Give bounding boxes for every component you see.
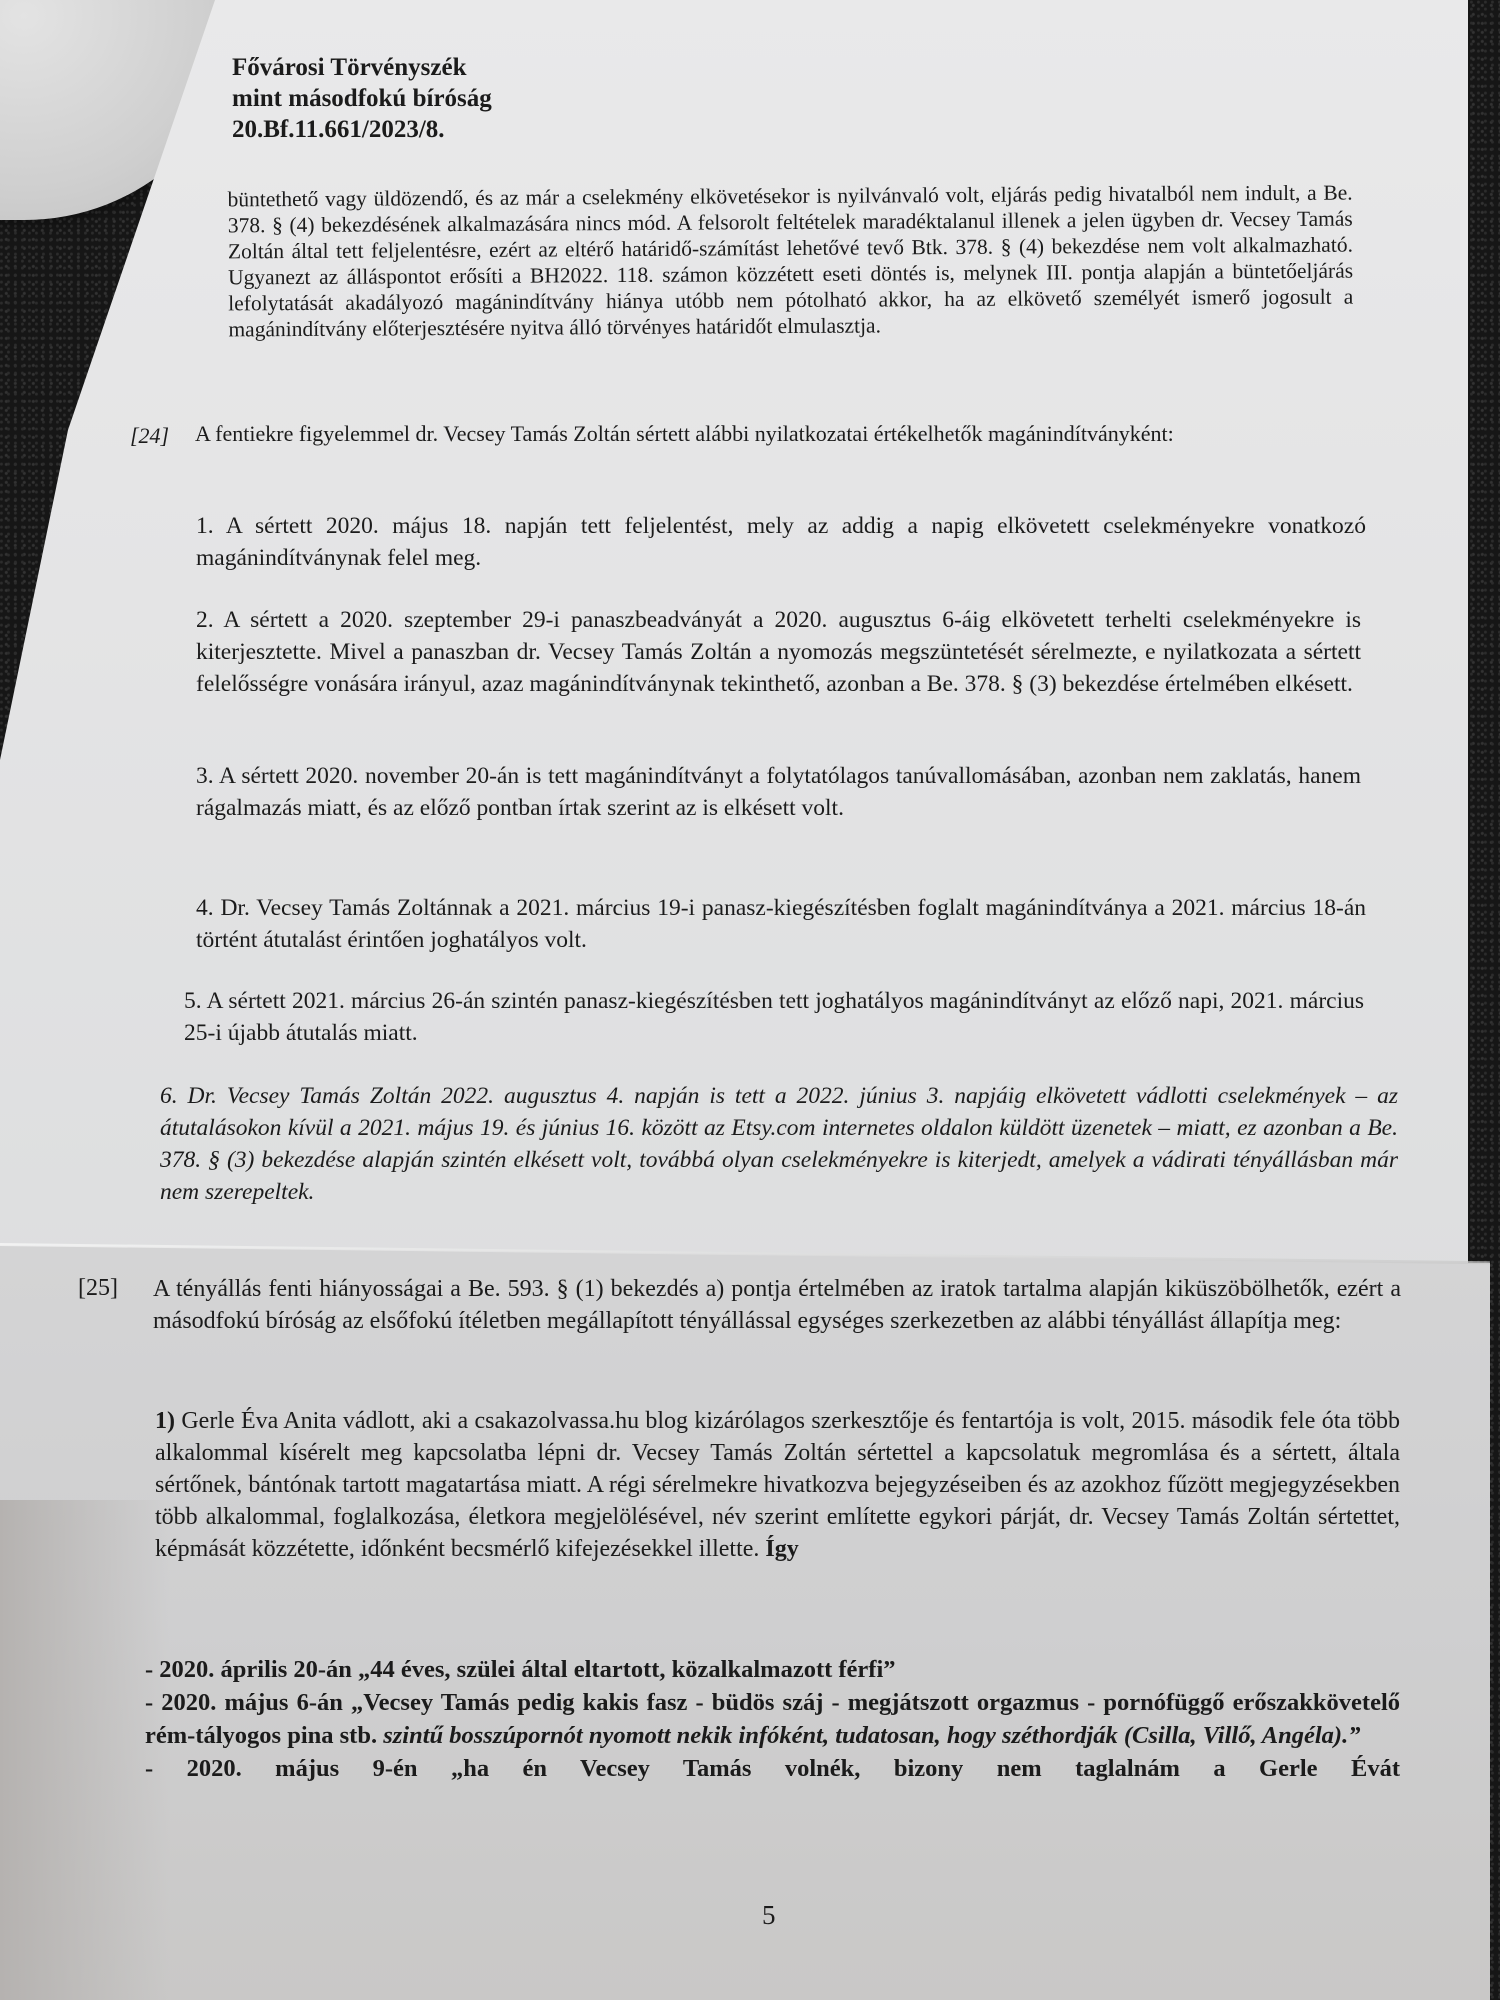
list-item: 4. Dr. Vecsey Tamás Zoltánnak a 2021. má… <box>196 892 1366 956</box>
document-header: Fővárosi Törvényszék mint másodfokú bíró… <box>232 52 492 145</box>
list-item: 6. Dr. Vecsey Tamás Zoltán 2022. auguszt… <box>160 1080 1398 1208</box>
list-item: 2. A sértett a 2020. szeptember 29-i pan… <box>196 604 1361 700</box>
fact-1-paragraph: 1) Gerle Éva Anita vádlott, aki a csakaz… <box>155 1405 1400 1565</box>
fact-1-label: 1) <box>155 1408 175 1434</box>
paragraph-24-text: A fentiekre figyelemmel dr. Vecsey Tamás… <box>195 420 1365 447</box>
list-item: 5. A sértett 2021. március 26-án szintén… <box>184 985 1364 1049</box>
quoted-statements: - 2020. április 20-án „44 éves, szülei á… <box>145 1653 1400 1785</box>
quote-text: - 2020. május 9-én „ha én Vecsey Tamás v… <box>145 1755 1400 1782</box>
quote-item: - 2020. május 6-án „Vecsey Tamás pedig k… <box>145 1686 1400 1752</box>
quote-text-italic: szintű bosszúpornót nyomott nekik infóké… <box>383 1722 1360 1749</box>
court-role: mint másodfokú bíróság <box>232 83 492 114</box>
quote-item: - 2020. április 20-án „44 éves, szülei á… <box>145 1653 1400 1686</box>
paragraph-number-25: [25] <box>78 1273 118 1304</box>
case-number: 20.Bf.11.661/2023/8. <box>232 114 492 145</box>
list-item: 3. A sértett 2020. november 20-án is tet… <box>196 760 1361 824</box>
quote-item: - 2020. május 9-én „ha én Vecsey Tamás v… <box>145 1752 1400 1785</box>
list-item: 1. A sértett 2020. május 18. napján tett… <box>196 510 1366 574</box>
page-number: 5 <box>762 1900 776 1931</box>
paragraph-number-24: [24] <box>130 420 169 451</box>
document-content: Fővárosi Törvényszék mint másodfokú bíró… <box>0 0 1500 2000</box>
fact-1-tail: Így <box>765 1536 798 1562</box>
continued-paragraph: büntethető vagy üldözendő, és az már a c… <box>228 180 1354 343</box>
court-name: Fővárosi Törvényszék <box>232 52 492 83</box>
quote-text: - 2020. április 20-án „44 éves, szülei á… <box>145 1656 896 1683</box>
paragraph-25-text: A tényállás fenti hiányosságai a Be. 593… <box>153 1273 1401 1337</box>
